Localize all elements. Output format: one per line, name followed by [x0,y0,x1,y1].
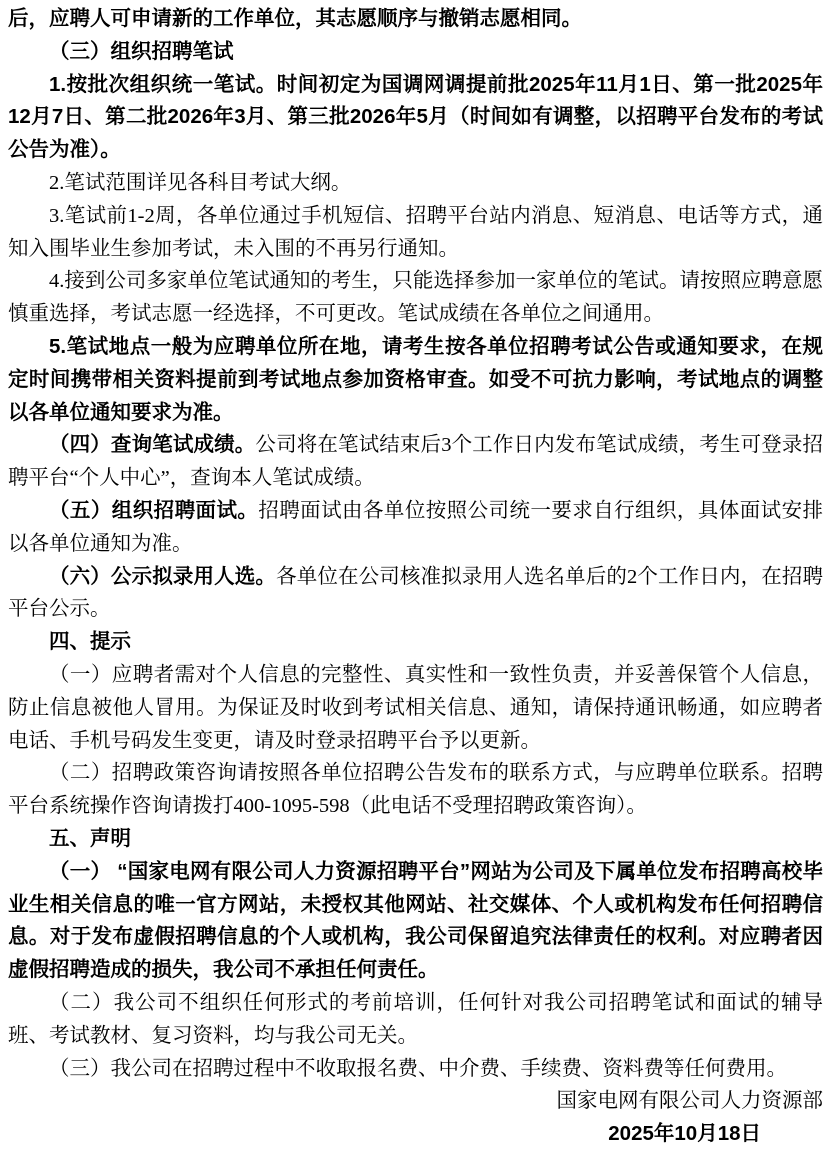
para-item-5-exam-location: 5.笔试地点一般为应聘单位所在地，请考生按各单位招聘考试公告或通知要求，在规定时… [8,331,823,429]
text-run-kai: （二）招聘政策咨询请按照各单位招聘公告发布的联系方式，与应聘单位联系。招聘平台系… [8,762,823,817]
signature-line: 国家电网有限公司人力资源部 [8,1085,823,1118]
text-run-hei: 1.按批次组织统一笔试。时间初定为国调网调提前批2025年11月1日、第一批20… [8,73,823,162]
para-statement-1-official-site: （一） “国家电网有限公司人力资源招聘平台”网站为公司及下属单位发布招聘高校毕业… [8,856,823,987]
recruitment-notice-document: 后，应聘人可申请新的工作单位，其志愿顺序与撤销志愿相同。（三）组织招聘笔试1.按… [0,0,835,1149]
text-run-hei: 2025年10月18日 [608,1122,761,1145]
text-run-kai: （二）我公司不组织任何形式的考前培训，任何针对我公司招聘笔试和面试的辅导班、考试… [8,992,823,1047]
para-section-5-interview: （五）组织招聘面试。招聘面试由各单位按照公司统一要求自行组织，具体面试安排以各单… [8,495,823,561]
para-tips-1-personal-info: （一）应聘者需对个人信息的完整性、真实性和一致性负责，并妥善保管个人信息，防止信… [8,659,823,757]
para-item-3-exam-notice: 3.笔试前1-2周，各单位通过手机短信、招聘平台站内消息、短消息、电话等方式，通… [8,200,823,266]
text-run-kai: （三）我公司在招聘过程中不收取报名费、中介费、手续费、资料费等任何费用。 [49,1058,787,1080]
para-section-6-publicity: （六）公示拟录用人选。各单位在公司核准拟录用人选名单后的2个工作日内，在招聘平台… [8,561,823,627]
text-run-hei: （三）组织招聘笔试 [49,40,234,63]
page: { "page": { "background_color": "#ffffff… [0,0,835,1149]
para-tips-2-policy-consult: （二）招聘政策咨询请按照各单位招聘公告发布的联系方式，与应聘单位联系。招聘平台系… [8,757,823,823]
document-body: 后，应聘人可申请新的工作单位，其志愿顺序与撤销志愿相同。（三）组织招聘笔试1.按… [8,3,823,1149]
text-run-hei: （一） “国家电网有限公司人力资源招聘平台”网站为公司及下属单位发布招聘高校毕业… [8,860,823,981]
heading-section-3-written-exam: （三）组织招聘笔试 [8,36,823,69]
para-item-2-exam-scope: 2.笔试范围详见各科目考试大纲。 [8,167,823,200]
para-section-4-query-results: （四）查询笔试成绩。公司将在笔试结束后3个工作日内发布笔试成绩，考生可登录招聘平… [8,429,823,495]
text-run-kai: 2.笔试范围详见各科目考试大纲。 [49,172,351,194]
text-run-hei: （四）查询笔试成绩。 [49,433,255,456]
text-run-hei: 后，应聘人可申请新的工作单位，其志愿顺序与撤销志愿相同。 [8,7,582,30]
text-run-kai: （一）应聘者需对个人信息的完整性、真实性和一致性负责，并妥善保管个人信息，防止信… [8,664,823,752]
para-statement-3-no-fees: （三）我公司在招聘过程中不收取报名费、中介费、手续费、资料费等任何费用。 [8,1053,823,1086]
text-run-kai: 国家电网有限公司人力资源部 [557,1090,824,1112]
para-continuation-top: 后，应聘人可申请新的工作单位，其志愿顺序与撤销志愿相同。 [8,3,823,36]
heading-part-5-statement: 五、声明 [8,823,823,856]
text-run-hei: （五）组织招聘面试。 [49,499,258,522]
text-run-hei: 四、提示 [49,630,131,653]
date-line: 2025年10月18日 [8,1118,823,1149]
para-item-4-exam-choice: 4.接到公司多家单位笔试通知的考生，只能选择参加一家单位的笔试。请按照应聘意愿慎… [8,265,823,331]
text-run-hei: 5.笔试地点一般为应聘单位所在地，请考生按各单位招聘考试公告或通知要求，在规定时… [8,335,823,424]
heading-part-4-tips: 四、提示 [8,626,823,659]
text-run-kai: 4.接到公司多家单位笔试通知的考生，只能选择参加一家单位的笔试。请按照应聘意愿慎… [8,270,823,325]
para-item-1-exam-batches: 1.按批次组织统一笔试。时间初定为国调网调提前批2025年11月1日、第一批20… [8,69,823,167]
text-run-hei: 五、声明 [49,827,131,850]
text-run-hei: （六）公示拟录用人选。 [49,565,276,588]
para-statement-2-no-training: （二）我公司不组织任何形式的考前培训，任何针对我公司招聘笔试和面试的辅导班、考试… [8,987,823,1053]
text-run-kai: 3.笔试前1-2周，各单位通过手机短信、招聘平台站内消息、短消息、电话等方式，通… [8,205,823,260]
